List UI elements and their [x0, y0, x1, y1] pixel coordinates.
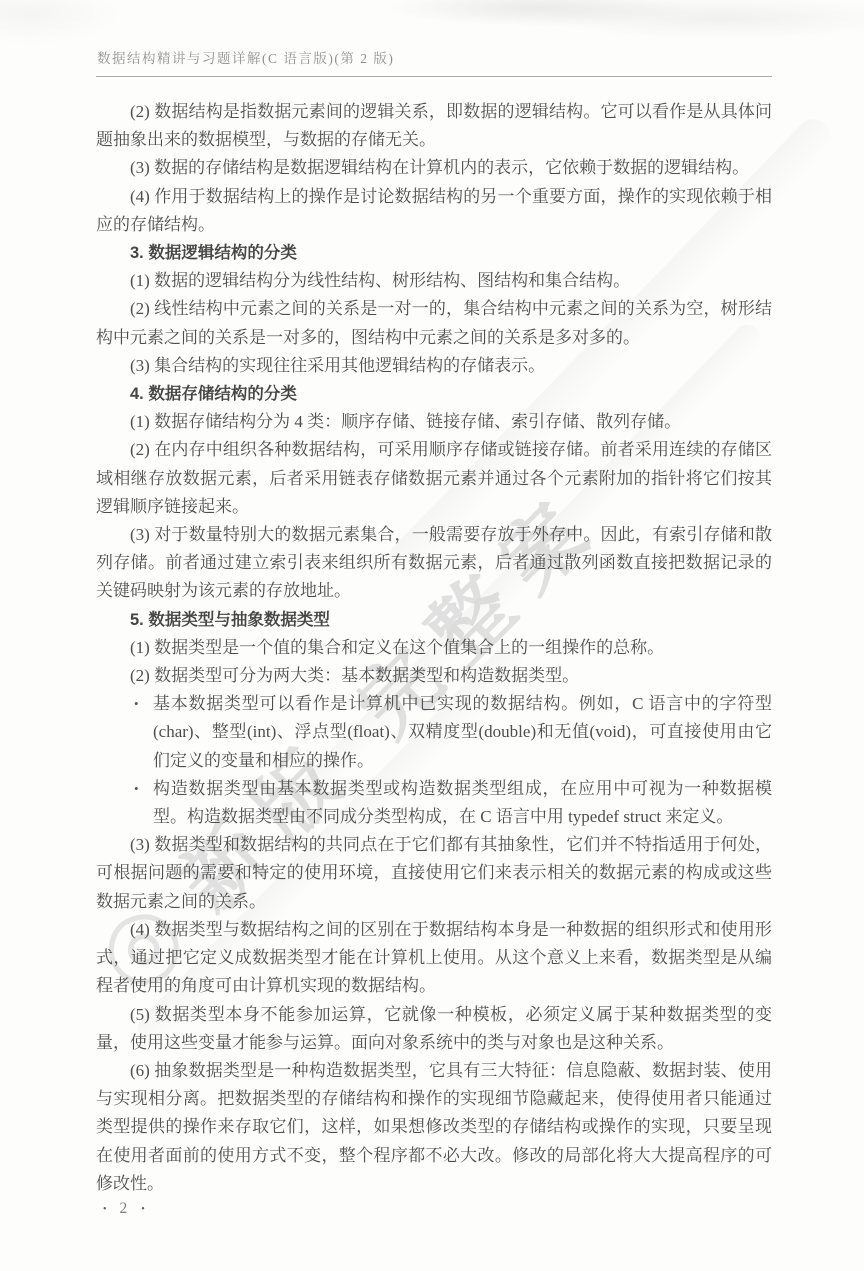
section-heading: 4. 数据存储结构的分类 — [96, 380, 772, 408]
paragraph: (3) 集合结构的实现往往采用其他逻辑结构的存储表示。 — [96, 352, 772, 380]
section-heading: 3. 数据逻辑结构的分类 — [96, 239, 772, 267]
running-header: 数据结构精讲与习题详解(C 语言版)(第 2 版) — [97, 47, 394, 67]
paragraph: (6) 抽象数据类型是一种构造数据类型，它具有三大特征：信息隐蔽、数据封装、使用… — [96, 1057, 772, 1198]
book-page: 数据结构精讲与习题详解(C 语言版)(第 2 版) ◎ 新版 完整案 (2) 数… — [0, 0, 864, 1271]
paragraph: (1) 数据类型是一个值的集合和定义在这个值集合上的一组操作的总称。 — [96, 634, 772, 662]
header-divider — [96, 76, 772, 77]
bullet-icon: • — [134, 775, 139, 803]
running-title: 数据结构精讲与习题详解(C 语言版)(第 2 版) — [97, 51, 394, 66]
paragraph: (3) 数据类型和数据结构的共同点在于它们都有其抽象性，它们并不特指适用于何处，… — [96, 831, 772, 916]
paragraph: (3) 数据的存储结构是数据逻辑结构在计算机内的表示，它依赖于数据的逻辑结构。 — [96, 154, 772, 182]
bullet-text: 构造数据类型由基本数据类型或构造数据类型组成，在应用中可视为一种数据模型。构造数… — [153, 779, 772, 826]
paragraph: (1) 数据的逻辑结构分为线性结构、树形结构、图结构和集合结构。 — [96, 267, 772, 295]
paragraph: (2) 线性结构中元素之间的关系是一对一的，集合结构中元素之间的关系为空，树形结… — [96, 295, 772, 351]
paragraph: (5) 数据类型本身不能参加运算，它就像一种模板，必须定义属于某种数据类型的变量… — [96, 1001, 772, 1057]
bullet-text: 基本数据类型可以看作是计算机中已实现的数据结构。例如，C 语言中的字符型(cha… — [153, 694, 772, 769]
bullet-item: •基本数据类型可以看作是计算机中已实现的数据结构。例如，C 语言中的字符型(ch… — [96, 690, 772, 775]
paragraph: (4) 作用于数据结构上的操作是讨论数据结构的另一个重要方面，操作的实现依赖于相… — [96, 183, 772, 239]
paragraph: (2) 数据结构是指数据元素间的逻辑关系，即数据的逻辑结构。它可以看作是从具体问… — [96, 98, 772, 154]
section-heading: 5. 数据类型与抽象数据类型 — [96, 606, 772, 634]
paragraph: (4) 数据类型与数据结构之间的区别在于数据结构本身是一种数据的组织形式和使用形… — [96, 916, 772, 1001]
paragraph: (2) 在内存中组织各种数据结构，可采用顺序存储或链接存储。前者采用连续的存储区… — [96, 436, 772, 521]
paragraph: (3) 对于数量特别大的数据元素集合，一般需要存放于外存中。因此，有索引存储和散… — [96, 521, 772, 606]
page-number: 2 — [120, 1200, 129, 1218]
paragraph: (1) 数据存储结构分为 4 类：顺序存储、链接存储、索引存储、散列存储。 — [96, 408, 772, 436]
bullet-item: •构造数据类型由基本数据类型或构造数据类型组成，在应用中可视为一种数据模型。构造… — [96, 775, 772, 831]
paragraph: (2) 数据类型可分为两大类：基本数据类型和构造数据类型。 — [96, 662, 772, 690]
footer-dot-right-icon: • — [141, 1204, 145, 1215]
page-footer: • 2 • — [103, 1200, 145, 1218]
bullet-icon: • — [134, 690, 139, 718]
footer-dot-left-icon: • — [103, 1204, 107, 1215]
page-body: (2) 数据结构是指数据元素间的逻辑关系，即数据的逻辑结构。它可以看作是从具体问… — [96, 98, 772, 1198]
